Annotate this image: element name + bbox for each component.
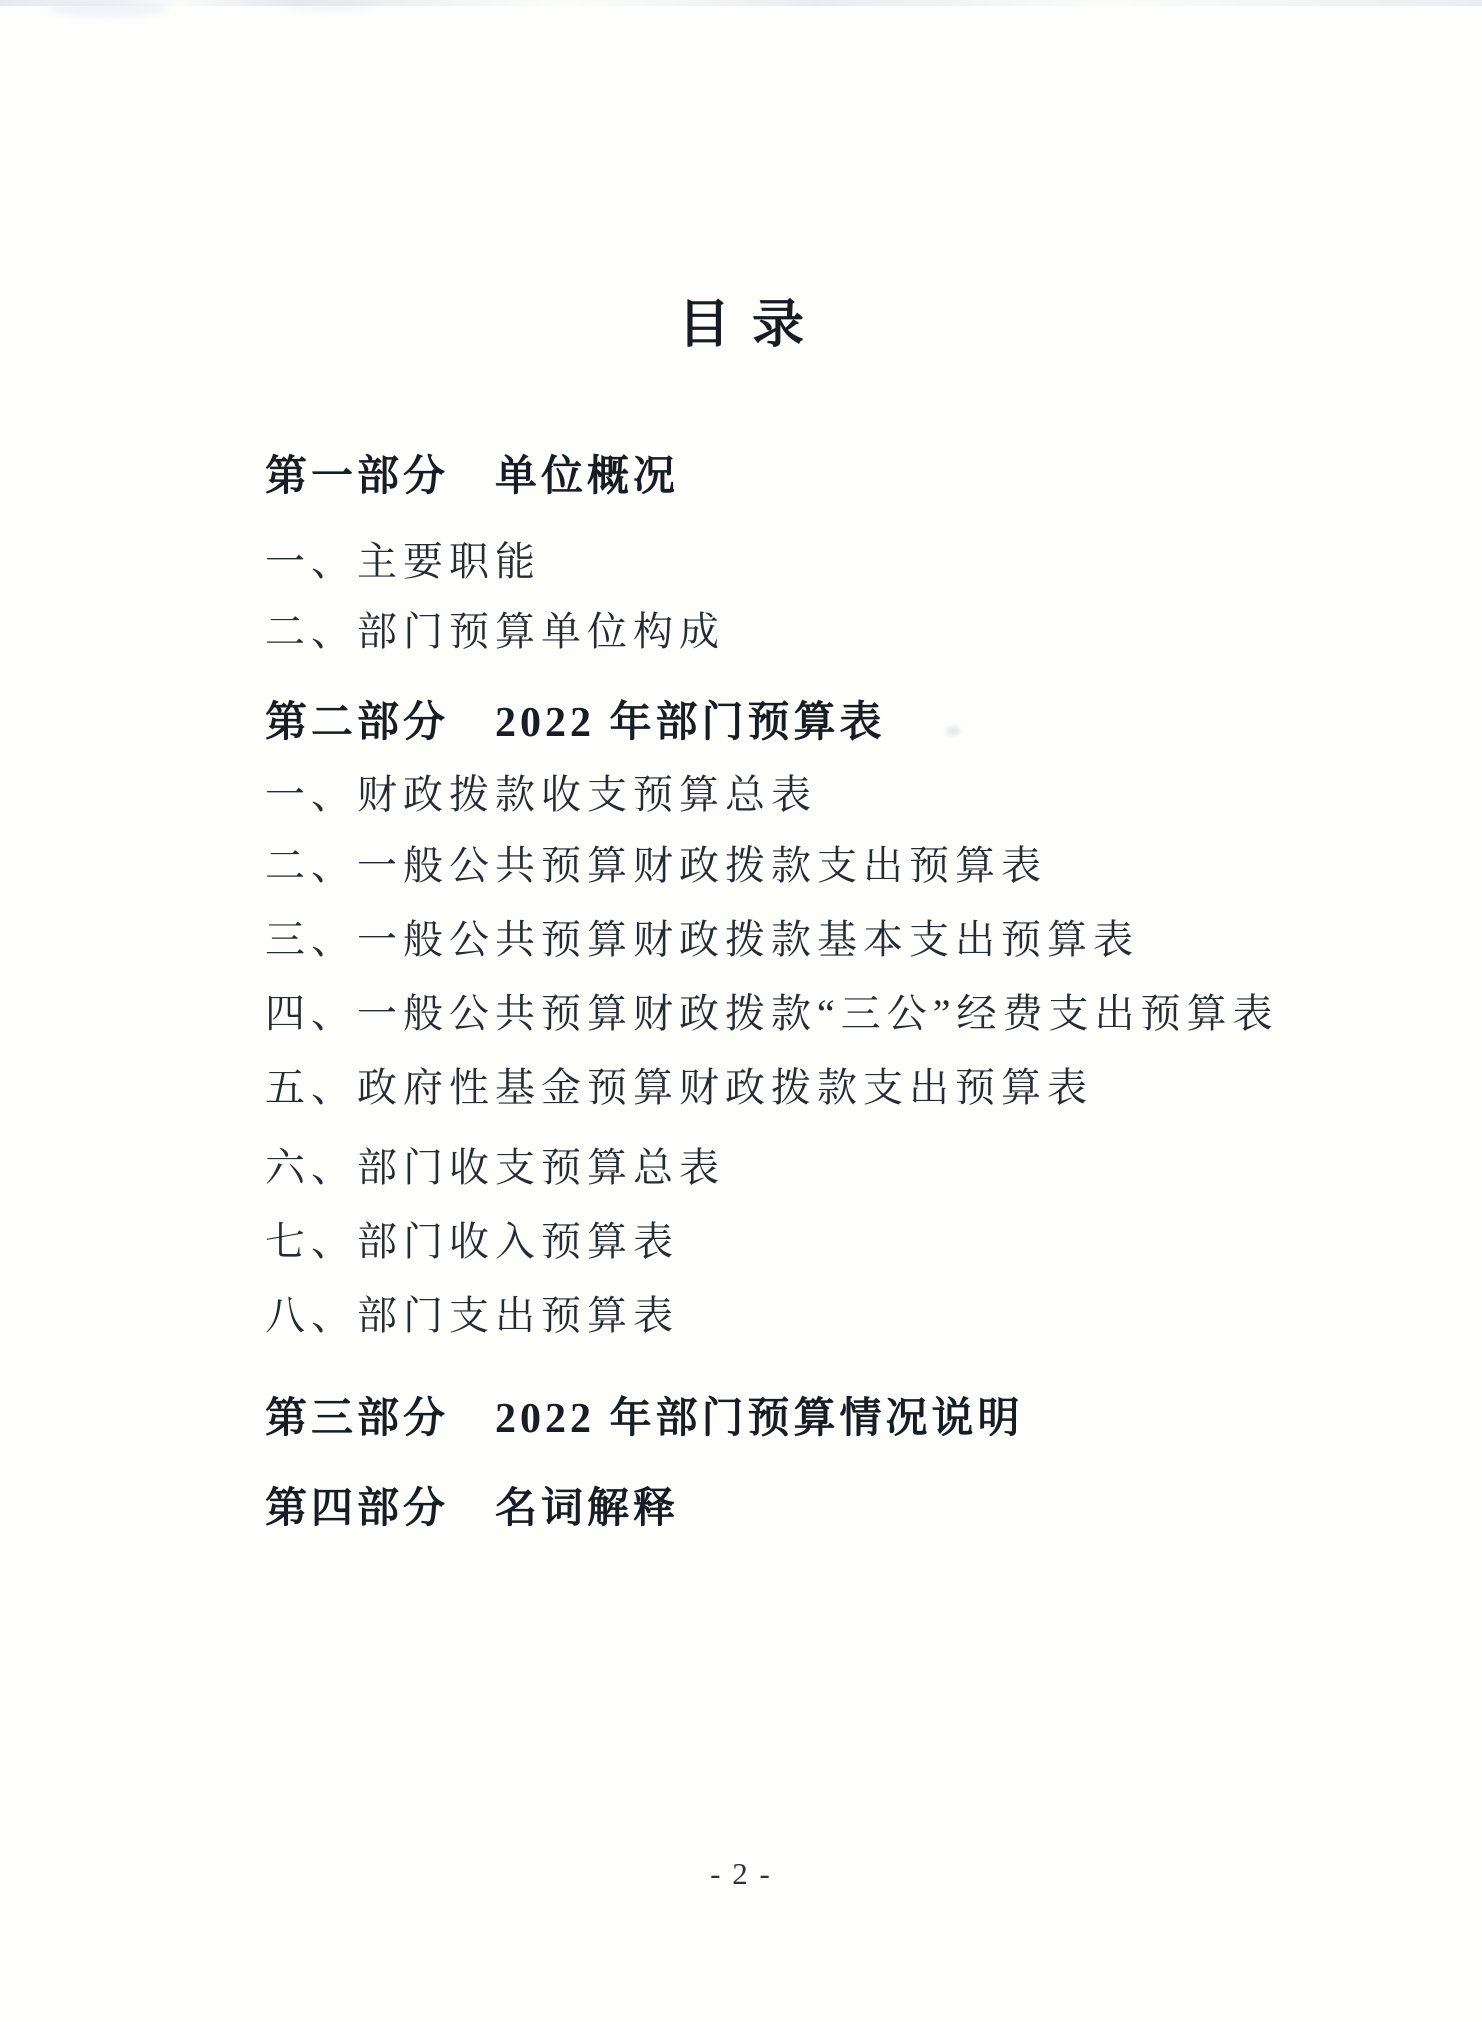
toc-part-heading-4: 第四部分 名词解释 xyxy=(265,1488,679,1530)
scan-artifact-top-edge xyxy=(0,0,1482,6)
toc-item: 一、财政拨款收支预算总表 xyxy=(265,775,817,815)
page-title: 目录 xyxy=(0,282,1482,357)
toc-item: 八、部门支出预算表 xyxy=(265,1296,679,1336)
toc-item: 二、部门预算单位构成 xyxy=(265,612,725,652)
toc-item: 二、一般公共预算财政拨款支出预算表 xyxy=(265,846,1047,886)
toc-item: 四、一般公共预算财政拨款“三公”经费支出预算表 xyxy=(265,994,1279,1034)
toc-item: 七、部门收入预算表 xyxy=(265,1222,679,1262)
toc-part-heading-1: 第一部分 单位概况 xyxy=(265,456,679,498)
toc-item: 五、政府性基金预算财政拨款支出预算表 xyxy=(265,1068,1093,1108)
toc-part-heading-3: 第三部分 2022 年部门预算情况说明 xyxy=(265,1398,1024,1440)
toc-item: 一、主要职能 xyxy=(265,542,541,582)
scan-artifact-smudge xyxy=(286,1,376,11)
toc-part-heading-2: 第二部分 2022 年部门预算表 xyxy=(265,702,886,744)
scan-artifact-smudge xyxy=(48,2,168,16)
toc-item: 六、部门收支预算总表 xyxy=(265,1148,725,1188)
toc-item: 三、一般公共预算财政拨款基本支出预算表 xyxy=(265,920,1139,960)
scan-artifact-speck xyxy=(946,726,960,736)
page-number: - 2 - xyxy=(0,1856,1482,1892)
document-page: 目录 第一部分 单位概况 一、主要职能 二、部门预算单位构成 第二部分 2022… xyxy=(0,0,1482,2022)
